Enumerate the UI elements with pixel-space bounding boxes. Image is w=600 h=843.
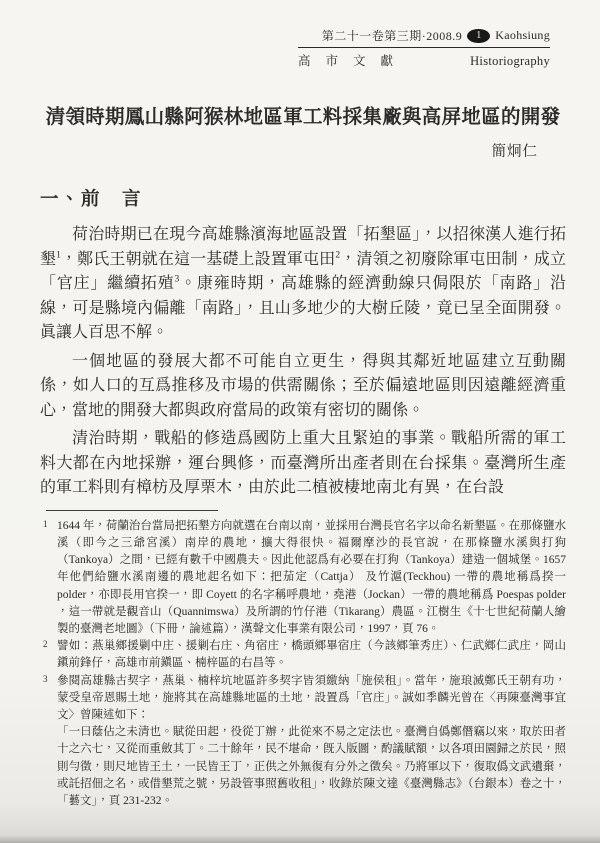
volume-issue-date: 第二十一卷第三期·2008.9 xyxy=(322,27,463,44)
footnote: 3參閱高雄縣古契字，燕巢、楠梓坑地區許多契字皆須繳納「施侯租」。當年，施琅滅鄭氏… xyxy=(40,673,566,811)
author-name: 簡炯仁 xyxy=(40,140,566,161)
journal-name-english-line1: Kaohsiung xyxy=(495,28,550,43)
body-paragraphs: 荷治時期已在現今高雄縣濱海地區設置「拓墾區」，以招徠漢人進行拓墾1，鄭氏王朝就在… xyxy=(40,223,566,501)
footnote-number: 3 xyxy=(43,671,48,688)
article-content: 清領時期鳳山縣阿猴林地區軍工料採集廠與高屏地區的開發 簡炯仁 一、前 言 荷治時… xyxy=(0,0,600,810)
footnote-text: 「一曰蔭佔之未清也。賦從田起，役從丁辦，此從來不易之定法也。臺灣自僞鄭僭竊以來，… xyxy=(57,724,566,810)
footnote-number: 1 xyxy=(43,516,48,533)
journal-name-chinese: 高市文獻 xyxy=(298,51,408,69)
footnote: 11644 年，荷蘭治台當局把拓墾方向就選在台南以南，並採用台灣長官名字以命名新… xyxy=(40,518,566,638)
body-paragraph: 一個地區的發展大都不可能自立更生，得與其鄰近地區建立互動關係，如人口的互爲推移及… xyxy=(40,350,566,424)
footnote-reference: 2 xyxy=(335,250,340,260)
footnote-text: 譬如：燕巢鄉援剿中庄、援剿右庄、角宿庄，橋頭鄉畢宿庄（今該鄉筆秀庄）、仁武鄉仁武… xyxy=(57,638,566,672)
footnote-text: 參閱高雄縣古契字，燕巢、楠梓坑地區許多契字皆須繳納「施侯租」。當年，施琅滅鄭氏王… xyxy=(57,673,566,725)
article-title: 清領時期鳳山縣阿猴林地區軍工料採集廠與高屏地區的開發 xyxy=(40,104,566,131)
journal-header-top-row: 第二十一卷第三期·2008.9 1 Kaohsiung xyxy=(298,27,550,48)
footnote-separator-rule xyxy=(46,510,218,511)
footnote: 2譬如：燕巢鄉援剿中庄、援剿右庄、角宿庄，橋頭鄉畢宿庄（今該鄉筆秀庄）、仁武鄉仁… xyxy=(40,638,566,672)
footnote-number: 2 xyxy=(43,636,48,653)
footnote-reference: 1 xyxy=(56,250,61,260)
journal-header: 第二十一卷第三期·2008.9 1 Kaohsiung 高市文獻 Histori… xyxy=(298,27,550,69)
journal-header-bottom-row: 高市文獻 Historiography xyxy=(298,48,550,69)
body-paragraph: 清治時期，戰船的修造爲國防上重大且緊迫的事業。戰船所需的軍工料大都在內地採辦，運… xyxy=(40,427,566,501)
page-number: 1 xyxy=(476,31,481,41)
scanned-page: 第二十一卷第三期·2008.9 1 Kaohsiung 高市文獻 Histori… xyxy=(0,0,600,843)
footnote-reference: 3 xyxy=(175,275,180,285)
section-heading: 一、前 言 xyxy=(40,185,566,211)
journal-name-english-line2: Historiography xyxy=(470,54,550,69)
page-number-badge: 1 xyxy=(467,29,490,43)
body-paragraph: 荷治時期已在現今高雄縣濱海地區設置「拓墾區」，以招徠漢人進行拓墾1，鄭氏王朝就在… xyxy=(40,223,566,346)
footnote-text: 1644 年，荷蘭治台當局把拓墾方向就選在台南以南，並採用台灣長官名字以命名新墾… xyxy=(57,518,566,638)
footnotes-section: 11644 年，荷蘭治台當局把拓墾方向就選在台南以南，並採用台灣長官名字以命名新… xyxy=(40,518,566,810)
